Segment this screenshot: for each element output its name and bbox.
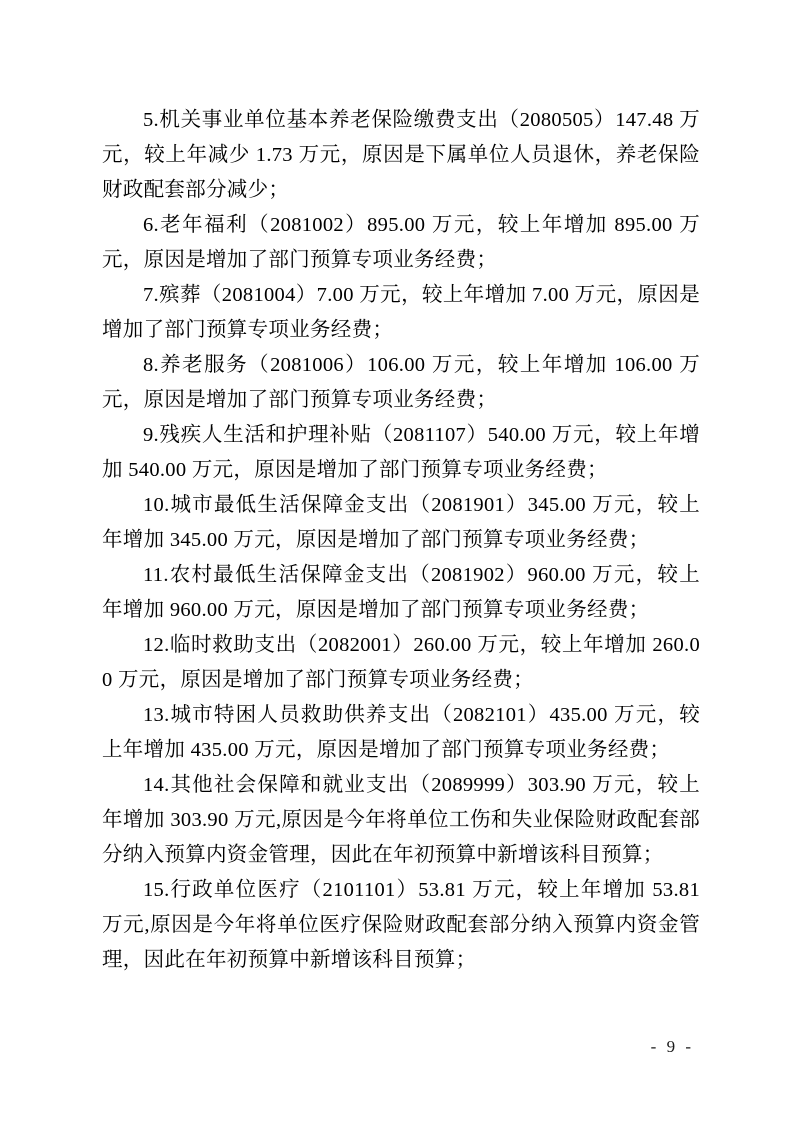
document-page: 5.机关事业单位基本养老保险缴费支出（2080505）147.48 万元，较上年… (0, 0, 793, 1122)
budget-paragraph-5: 5.机关事业单位基本养老保险缴费支出（2080505）147.48 万元，较上年… (102, 103, 700, 208)
document-body: 5.机关事业单位基本养老保险缴费支出（2080505）147.48 万元，较上年… (102, 103, 700, 978)
page-number: - 9 - (651, 1036, 694, 1058)
budget-paragraph-15: 15.行政单位医疗（2101101）53.81 万元，较上年增加 53.81 万… (102, 873, 700, 978)
budget-paragraph-12: 12.临时救助支出（2082001）260.00 万元，较上年增加 260.00… (102, 628, 700, 698)
budget-paragraph-14: 14.其他社会保障和就业支出（2089999）303.90 万元，较上年增加 3… (102, 768, 700, 873)
budget-paragraph-9: 9.残疾人生活和护理补贴（2081107）540.00 万元，较上年增加 540… (102, 418, 700, 488)
budget-paragraph-6: 6.老年福利（2081002）895.00 万元，较上年增加 895.00 万元… (102, 208, 700, 278)
budget-paragraph-10: 10.城市最低生活保障金支出（2081901）345.00 万元，较上年增加 3… (102, 488, 700, 558)
budget-paragraph-13: 13.城市特困人员救助供养支出（2082101）435.00 万元，较上年增加 … (102, 698, 700, 768)
budget-paragraph-8: 8.养老服务（2081006）106.00 万元，较上年增加 106.00 万元… (102, 348, 700, 418)
budget-paragraph-7: 7.殡葬（2081004）7.00 万元，较上年增加 7.00 万元，原因是增加… (102, 278, 700, 348)
budget-paragraph-11: 11.农村最低生活保障金支出（2081902）960.00 万元，较上年增加 9… (102, 558, 700, 628)
